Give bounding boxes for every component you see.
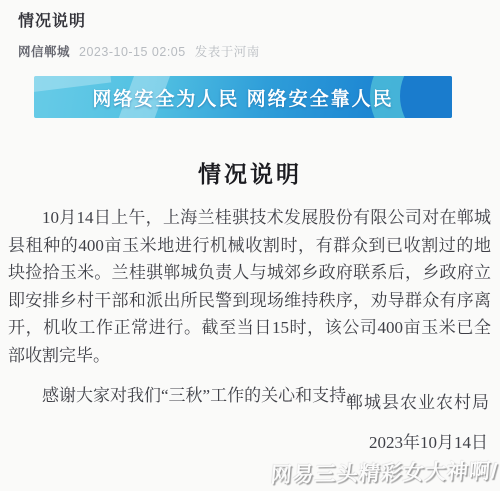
netease-watermark: 网易三头精彩女大神啊/ xyxy=(270,455,500,489)
security-slogan-banner: 网络安全为人民 网络安全靠人民 xyxy=(34,76,452,118)
post-page: 情况说明 网信郸城 2023-10-15 02:05 发表于河南 网络安全为人民… xyxy=(0,0,500,491)
post-location: 发表于河南 xyxy=(195,42,260,60)
document-paragraph-1: 10月14日上午，上海兰桂骐技术发展股份有限公司对在郸城县租种的400亩玉米地进… xyxy=(8,204,491,369)
document-date: 2023年10月14日 xyxy=(369,428,488,453)
document-body: 10月14日上午，上海兰桂骐技术发展股份有限公司对在郸城县租种的400亩玉米地进… xyxy=(8,204,491,410)
account-name-link[interactable]: 网信郸城 xyxy=(18,42,70,60)
document-title: 情况说明 xyxy=(0,156,500,189)
document-signature: 郸城县农业农村局 xyxy=(346,388,490,413)
post-title: 情况说明 xyxy=(18,8,86,31)
post-timestamp: 2023-10-15 02:05 xyxy=(79,45,186,59)
banner-slogan-text: 网络安全为人民 网络安全靠人民 xyxy=(34,76,452,118)
byline: 网信郸城 2023-10-15 02:05 发表于河南 xyxy=(18,42,260,60)
